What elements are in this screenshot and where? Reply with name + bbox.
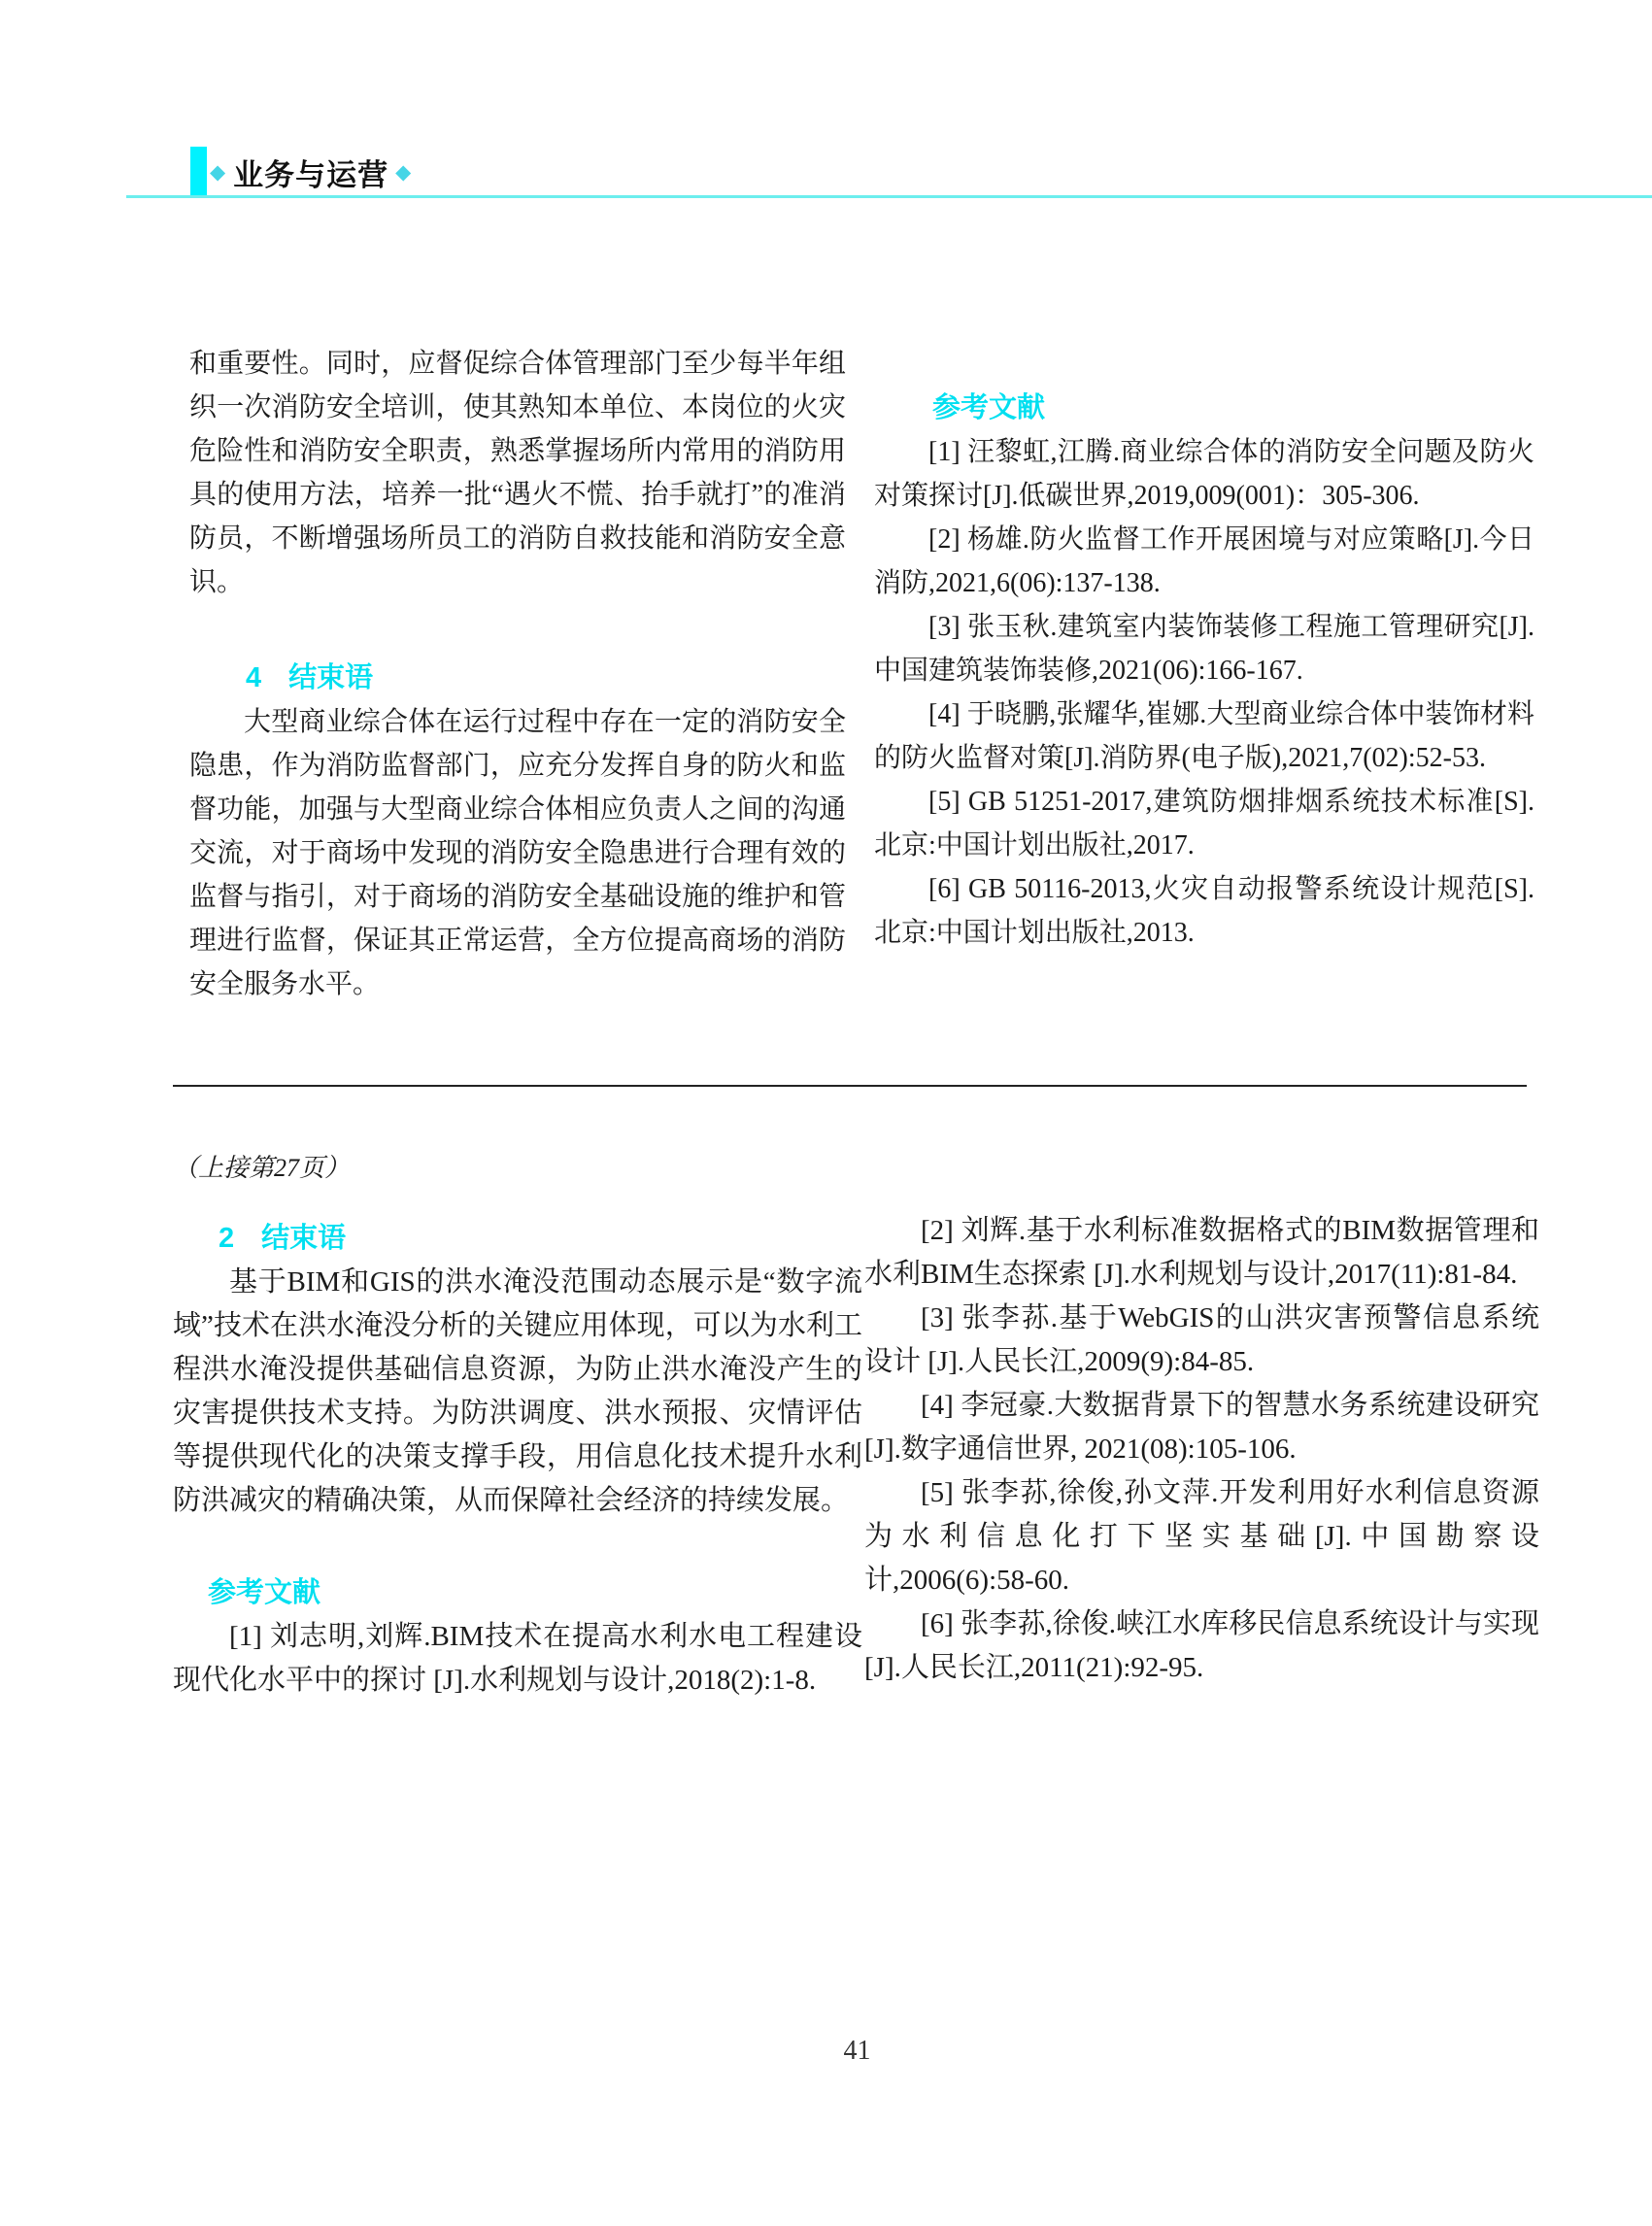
section-marker-bar: [190, 147, 207, 196]
reference-item: [5] 张李荪,徐俊,孙文萍.开发利用好水利信息资源为水利信息化打下坚实基础[J…: [864, 1471, 1539, 1602]
page-number: 41: [816, 2036, 898, 2067]
diamond-icon: ◆: [395, 162, 412, 183]
paragraph: 基于BIM和GIS的洪水淹没范围动态展示是“数字流域”技术在洪水淹没分析的关键应…: [173, 1261, 862, 1523]
continued-note: （上接第27页）: [173, 1146, 862, 1190]
diamond-icon: ◆: [210, 162, 226, 183]
header-rule: [126, 195, 1652, 198]
reference-item: [3] 张李荪.基于WebGIS的山洪灾害预警信息系统设计 [J].人民长江,2…: [864, 1297, 1539, 1384]
section-title: 结束语: [288, 662, 373, 693]
section-number: 2: [219, 1223, 234, 1254]
section-heading: 4结束语: [189, 657, 846, 700]
references-heading: 参考文献: [874, 387, 1534, 430]
journal-section-header: ◆ 业务与运营 ◆: [210, 149, 412, 195]
reference-item: [1] 刘志明,刘辉.BIM技术在提高水利水电工程建设现代化水平中的探讨 [J]…: [173, 1615, 862, 1703]
header-title-text: 业务与运营: [233, 151, 388, 194]
article2-right-column: [2] 刘辉.基于水利标准数据格式的BIM数据管理和水利BIM生态探索 [J].…: [864, 1209, 1539, 1690]
section-heading: 2结束语: [173, 1217, 862, 1261]
paragraph: 大型商业综合体在运行过程中存在一定的消防安全隐患，作为消防监督部门，应充分发挥自…: [189, 700, 846, 1006]
reference-item: [3] 张玉秋.建筑室内装饰装修工程施工管理研究[J].中国建筑装饰装修,202…: [874, 605, 1534, 692]
reference-item: [6] 张李荪,徐俊.峡江水库移民信息系统设计与实现 [J].人民长江,2011…: [864, 1602, 1539, 1690]
reference-item: [1] 汪黎虹,江腾.商业综合体的消防安全问题及防火对策探讨[J].低碳世界,2…: [874, 430, 1534, 518]
paragraph: 和重要性。同时，应督促综合体管理部门至少每半年组织一次消防安全培训，使其熟知本单…: [189, 342, 846, 604]
article-divider: [173, 1085, 1527, 1087]
reference-item: [2] 杨雄.防火监督工作开展困境与对应策略[J].今日消防,2021,6(06…: [874, 518, 1534, 605]
section-title: 结束语: [261, 1223, 346, 1254]
reference-item: [5] GB 51251-2017,建筑防烟排烟系统技术标准[S].北京:中国计…: [874, 780, 1534, 867]
reference-item: [4] 于晓鹏,张耀华,崔娜.大型商业综合体中装饰材料的防火监督对策[J].消防…: [874, 692, 1534, 780]
article1-left-column: 和重要性。同时，应督促综合体管理部门至少每半年组织一次消防安全培训，使其熟知本单…: [189, 342, 846, 1006]
section-number: 4: [246, 662, 261, 693]
reference-item: [2] 刘辉.基于水利标准数据格式的BIM数据管理和水利BIM生态探索 [J].…: [864, 1209, 1539, 1297]
reference-item: [6] GB 50116-2013,火灾自动报警系统设计规范[S].北京:中国计…: [874, 867, 1534, 955]
article1-right-column: 参考文献 [1] 汪黎虹,江腾.商业综合体的消防安全问题及防火对策探讨[J].低…: [874, 387, 1534, 955]
references-heading: 参考文献: [173, 1571, 862, 1615]
reference-item: [4] 李冠豪.大数据背景下的智慧水务系统建设研究[J].数字通信世界, 202…: [864, 1384, 1539, 1471]
article2-left-column: （上接第27页） 2结束语 基于BIM和GIS的洪水淹没范围动态展示是“数字流域…: [173, 1146, 862, 1703]
